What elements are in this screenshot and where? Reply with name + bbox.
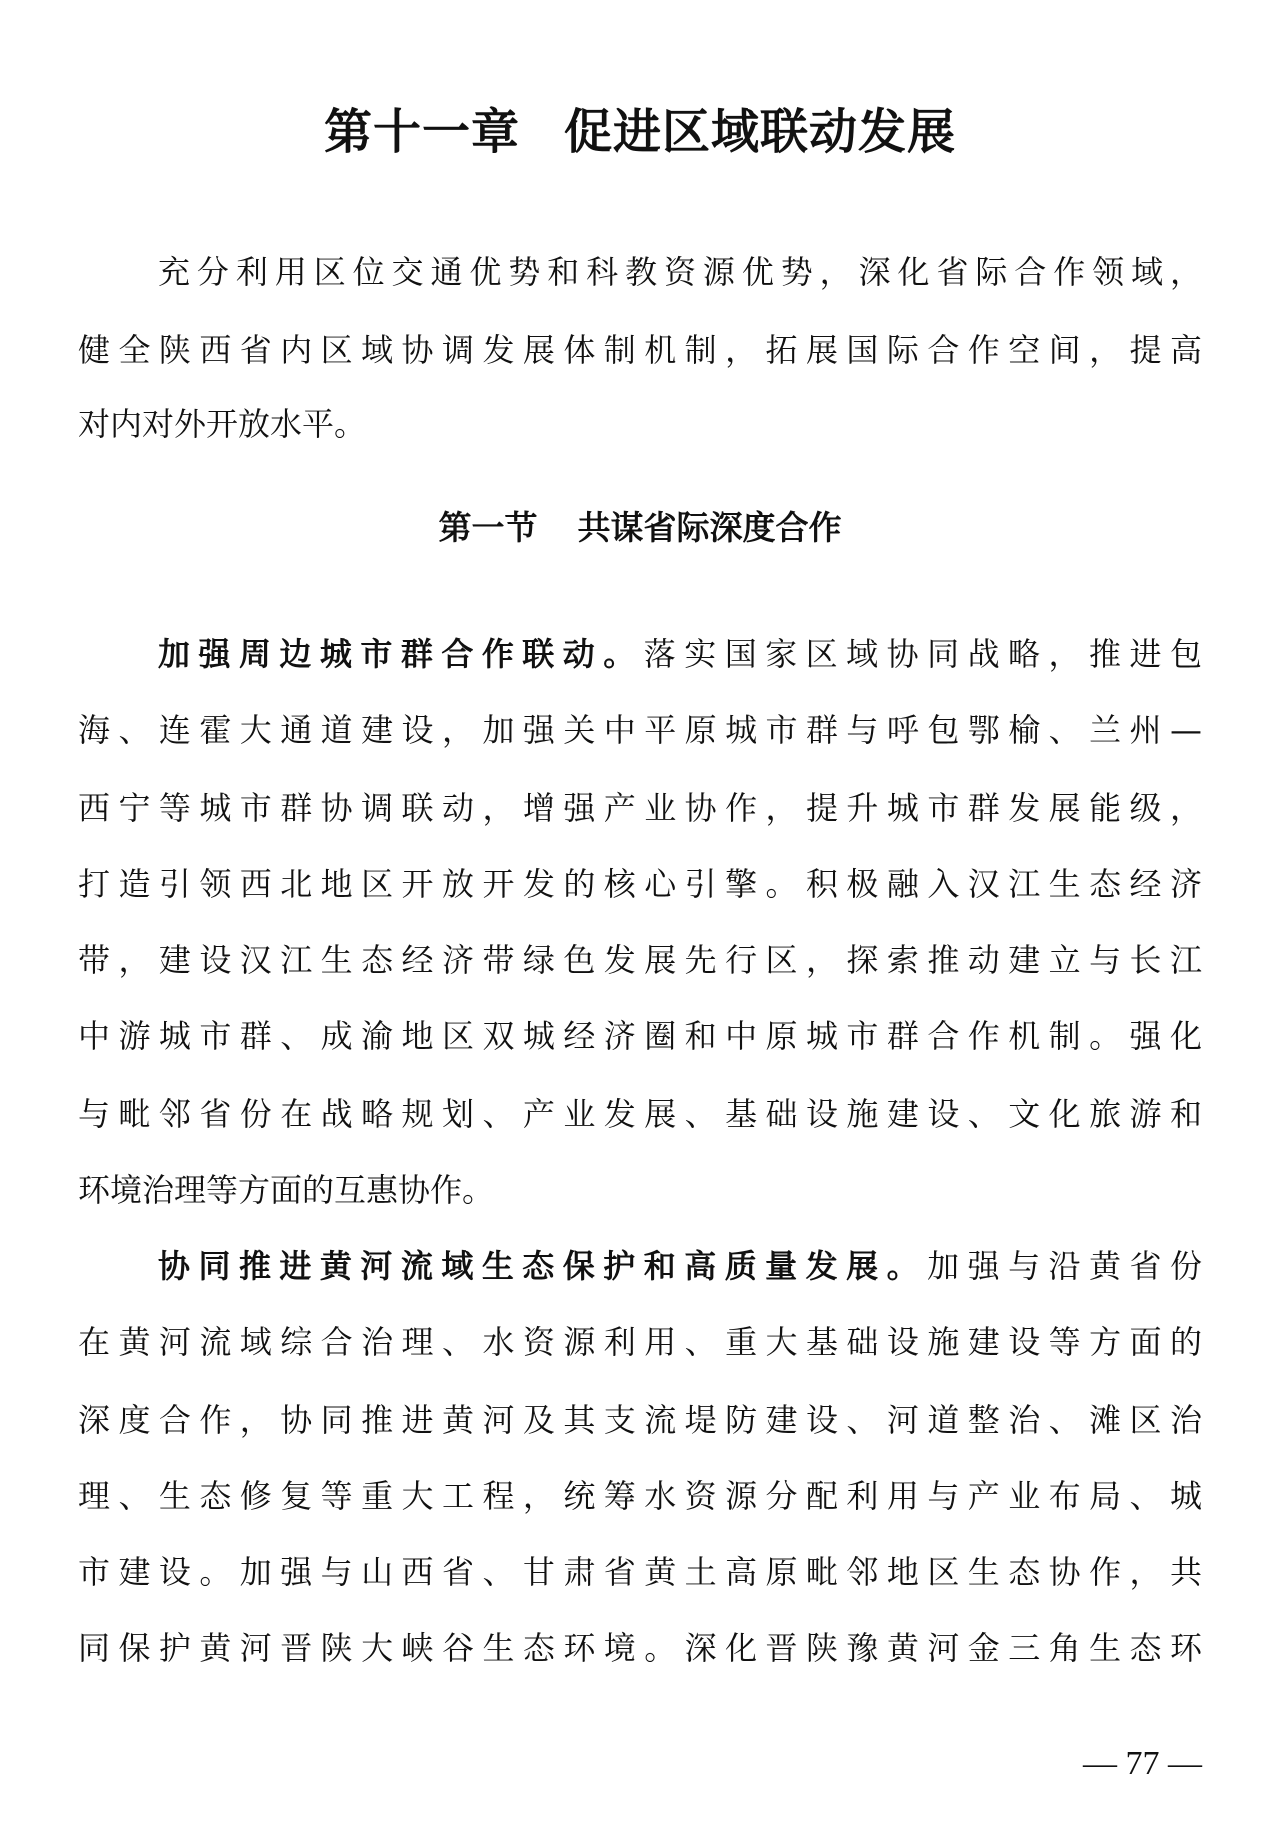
- page-number: — 77 —: [1083, 1744, 1202, 1784]
- chapter-title: 第十一章促进区域联动发展: [0, 100, 1280, 164]
- text-line: 中游城市群、成渝地区双城经济圈和中原城市群合作机制。强化: [78, 1014, 1202, 1058]
- text-span: 加强与沿黄省份: [927, 1247, 1202, 1285]
- paragraph-heading: 加强周边城市群合作联动。: [158, 635, 644, 673]
- chapter-number: 第十一章: [324, 104, 520, 160]
- paragraph-heading: 协同推进黄河流域生态保护和高质量发展。: [158, 1247, 927, 1285]
- text-line: 海、连霍大通道建设，加强关中平原城市群与呼包鄂榆、兰州—: [78, 708, 1202, 752]
- section-title: 第一节共谋省际深度合作: [0, 504, 1280, 552]
- text-line: 协同推进黄河流域生态保护和高质量发展。加强与沿黄省份: [158, 1244, 1202, 1288]
- text-span: 落实国家区域协同战略，推进包: [644, 635, 1202, 673]
- text-line: 同保护黄河晋陕大峡谷生态环境。深化晋陕豫黄河金三角生态环: [78, 1626, 1202, 1670]
- text-line: 打造引领西北地区开放开发的核心引擎。积极融入汉江生态经济: [78, 862, 1202, 906]
- text-line: 理、生态修复等重大工程，统筹水资源分配利用与产业布局、城: [78, 1474, 1202, 1518]
- text-line: 深度合作，协同推进黄河及其支流堤防建设、河道整治、滩区治: [78, 1398, 1202, 1442]
- section-name: 共谋省际深度合作: [578, 508, 842, 547]
- text-line: 与毗邻省份在战略规划、产业发展、基础设施建设、文化旅游和: [78, 1092, 1202, 1136]
- text-line: 对内对外开放水平。: [78, 402, 1202, 446]
- text-line: 环境治理等方面的互惠协作。: [78, 1168, 1202, 1212]
- text-line: 在黄河流域综合治理、水资源利用、重大基础设施建设等方面的: [78, 1320, 1202, 1364]
- text-line: 带，建设汉江生态经济带绿色发展先行区，探索推动建立与长江: [78, 938, 1202, 982]
- chapter-name: 促进区域联动发展: [564, 104, 956, 160]
- text-line: 加强周边城市群合作联动。落实国家区域协同战略，推进包: [158, 632, 1202, 676]
- document-page: 第十一章促进区域联动发展 充分利用区位交通优势和科教资源优势，深化省际合作领域，…: [0, 0, 1280, 1846]
- text-line: 充分利用区位交通优势和科教资源优势，深化省际合作领域，: [158, 250, 1202, 294]
- text-line: 西宁等城市群协调联动，增强产业协作，提升城市群发展能级，: [78, 786, 1202, 830]
- section-number: 第一节: [439, 508, 538, 547]
- text-line: 市建设。加强与山西省、甘肃省黄土高原毗邻地区生态协作，共: [78, 1550, 1202, 1594]
- text-line: 健全陕西省内区域协调发展体制机制，拓展国际合作空间，提高: [78, 328, 1202, 372]
